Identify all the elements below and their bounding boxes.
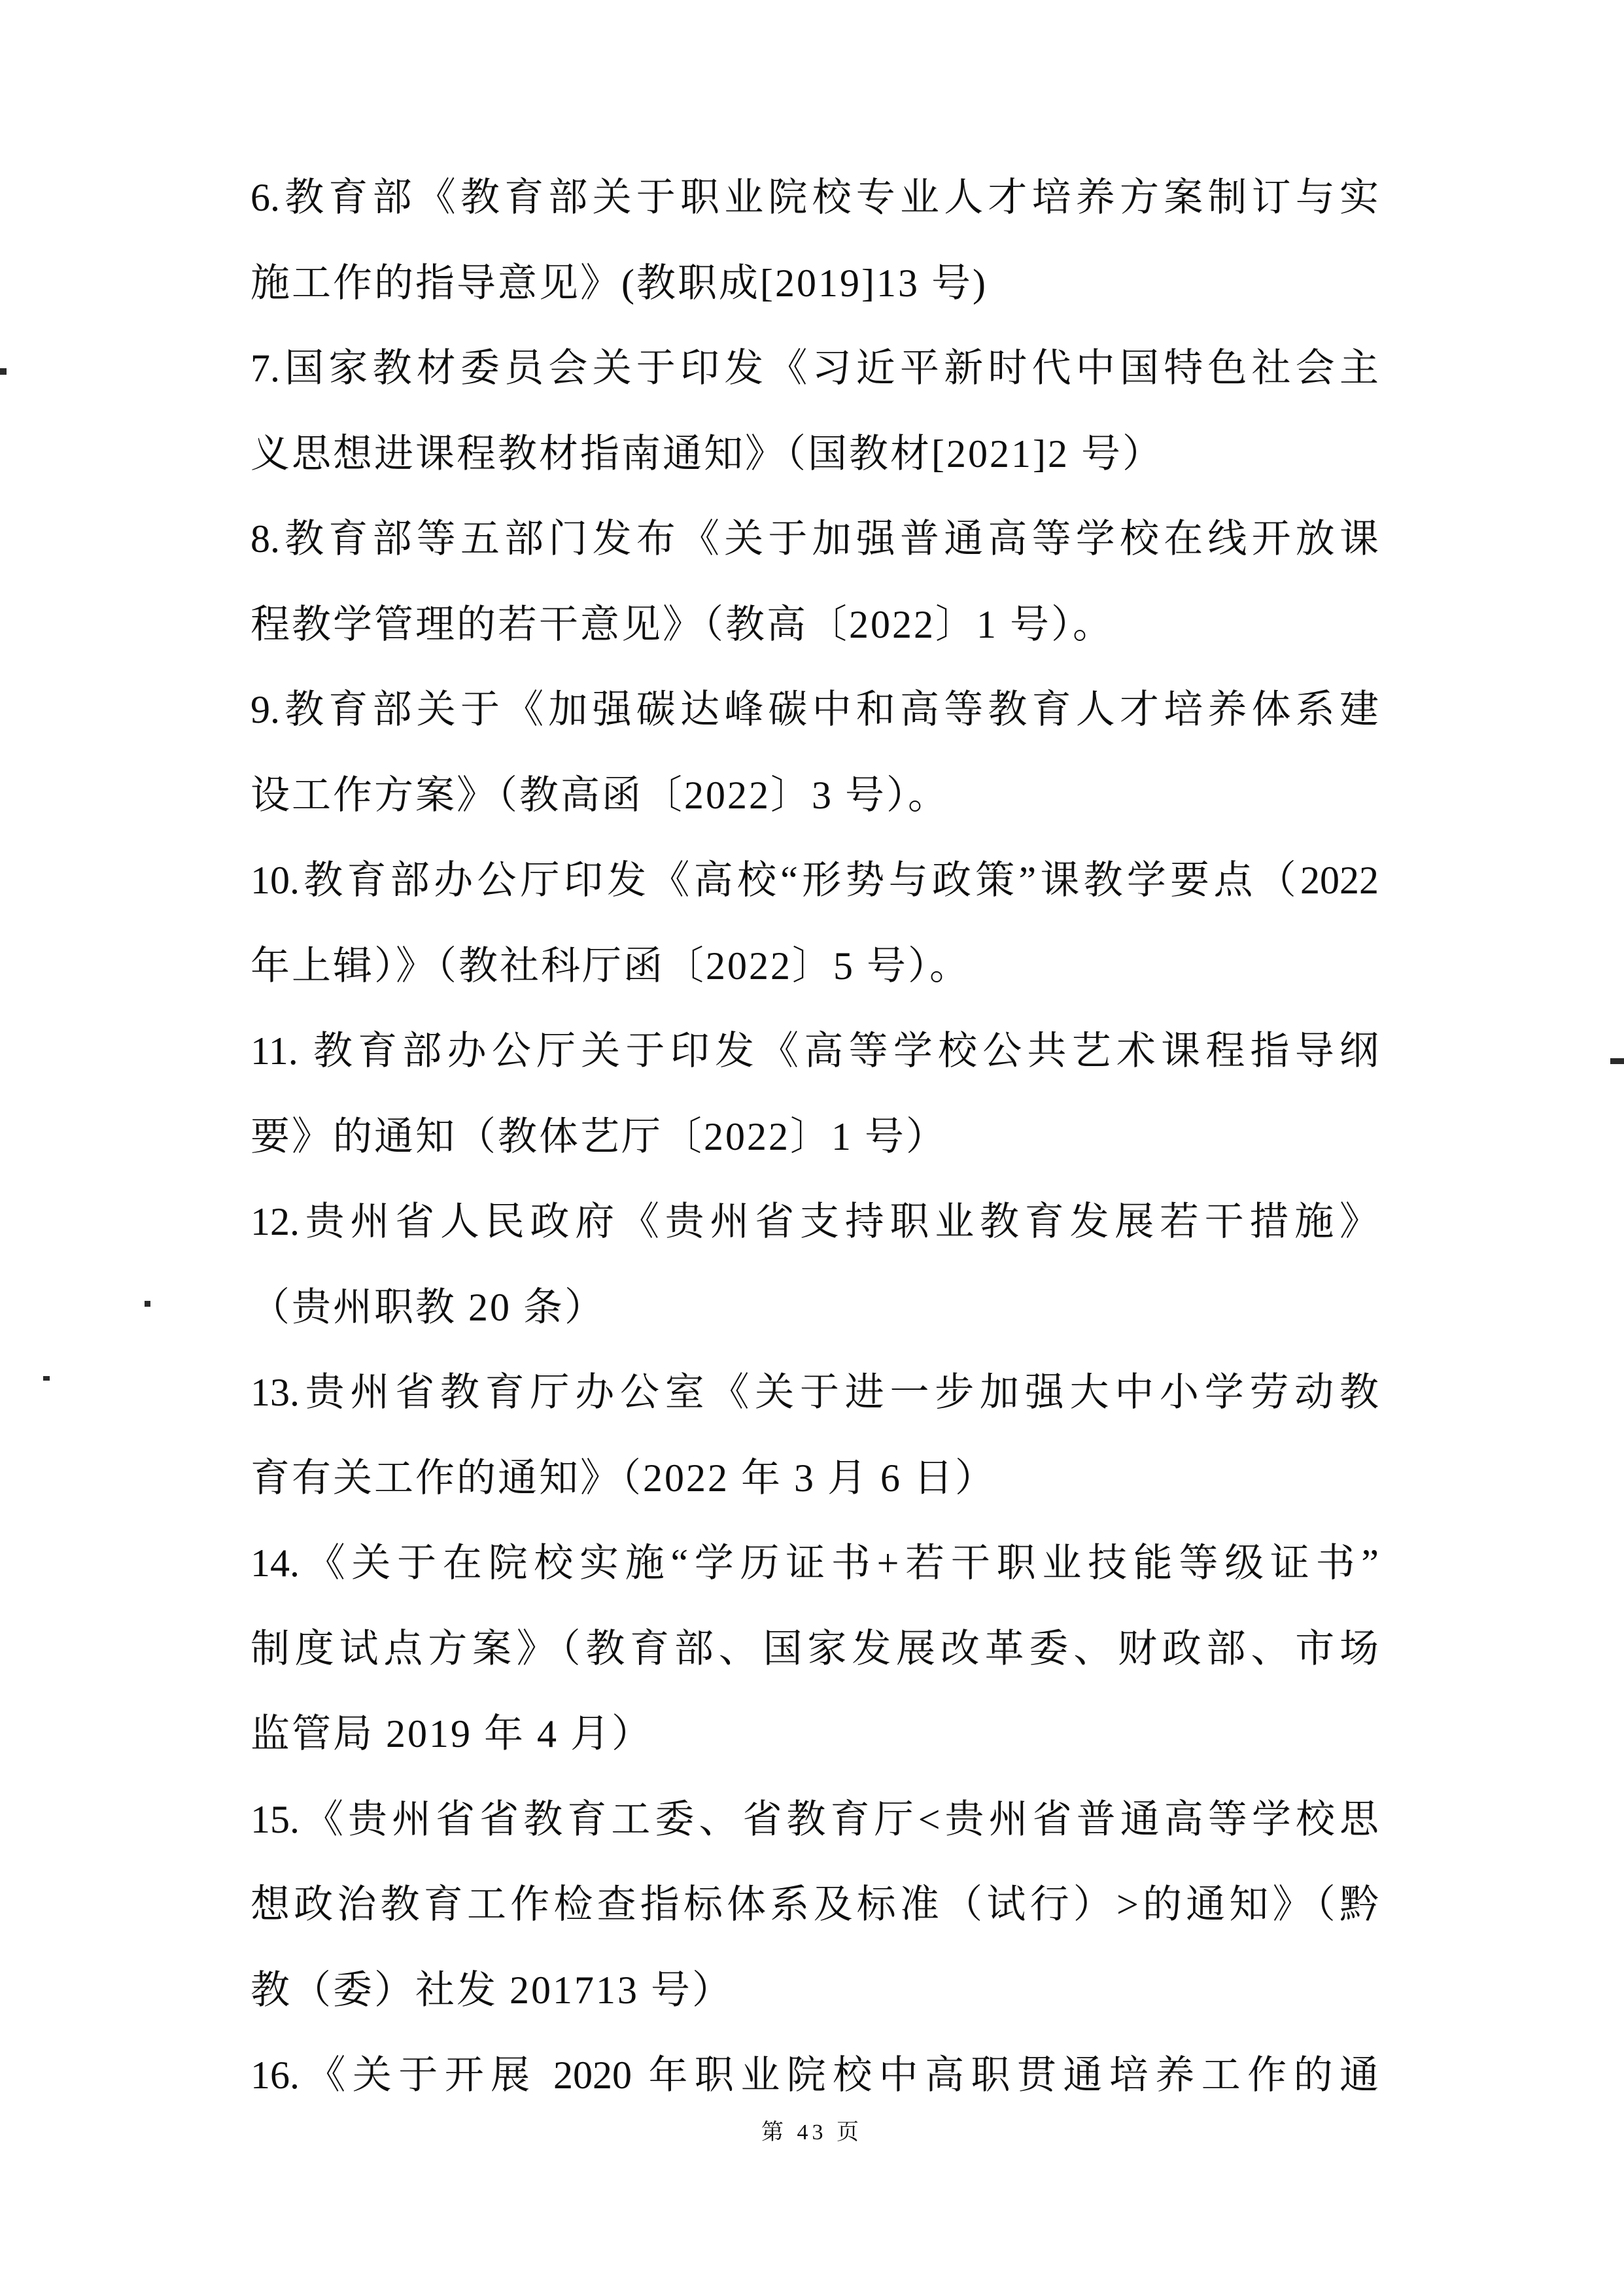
scan-speck [43,1376,50,1381]
text-line: 14.《关于在院校实施“学历证书+若干职业技能等级证书” [251,1521,1379,1606]
text-line: 施工作的指导意见》(教职成[2019]13 号) [251,241,1379,326]
text-line: 义思想进课程教材指南通知》（国教材[2021]2 号） [251,411,1379,497]
text-line: 程教学管理的若干意见》（教高〔2022〕1 号）。 [251,582,1379,668]
text-line: 16.《关于开展 2020 年职业院校中高职贯通培养工作的通 [251,2033,1379,2118]
text-line: 8.教育部等五部门发布《关于加强普通高等学校在线开放课 [251,496,1379,582]
scan-speck [0,368,7,375]
page-number: 第 43 页 [0,2114,1624,2146]
scan-speck [145,1301,150,1307]
text-line: 教（委）社发 201713 号） [251,1948,1379,2033]
text-line: 11. 教育部办公厅关于印发《高等学校公共艺术课程指导纲 [251,1009,1379,1094]
text-line: 育有关工作的通知》（2022 年 3 月 6 日） [251,1436,1379,1521]
text-line: 15.《贵州省省教育工委、省教育厅<贵州省普通高等学校思 [251,1777,1379,1863]
document-body: 6.教育部《教育部关于职业院校专业人才培养方案制订与实 施工作的指导意见》(教职… [251,155,1379,2118]
text-line: 6.教育部《教育部关于职业院校专业人才培养方案制订与实 [251,155,1379,241]
text-line: 9.教育部关于《加强碳达峰碳中和高等教育人才培养体系建 [251,667,1379,753]
text-line: 监管局 2019 年 4 月） [251,1691,1379,1777]
text-line: 年上辑）》（教社科厅函〔2022〕5 号）。 [251,923,1379,1009]
text-line: 制度试点方案》（教育部、国家发展改革委、财政部、市场 [251,1606,1379,1692]
text-line: 7.国家教材委员会关于印发《习近平新时代中国特色社会主 [251,326,1379,411]
text-line: 10.教育部办公厅印发《高校“形势与政策”课教学要点（2022 [251,838,1379,923]
text-line: 要》的通知（教体艺厅〔2022〕1 号） [251,1094,1379,1180]
text-line: 13.贵州省教育厅办公室《关于进一步加强大中小学劳动教 [251,1350,1379,1436]
document-page: 6.教育部《教育部关于职业院校专业人才培养方案制订与实 施工作的指导意见》(教职… [0,0,1624,2293]
text-line: 想政治教育工作检查指标体系及标准（试行）>的通知》（黔 [251,1862,1379,1948]
scan-speck [1610,1058,1624,1064]
text-line: 设工作方案》（教高函〔2022〕3 号）。 [251,753,1379,838]
text-line: （贵州职教 20 条） [251,1265,1379,1351]
text-line: 12.贵州省人民政府《贵州省支持职业教育发展若干措施》 [251,1179,1379,1265]
